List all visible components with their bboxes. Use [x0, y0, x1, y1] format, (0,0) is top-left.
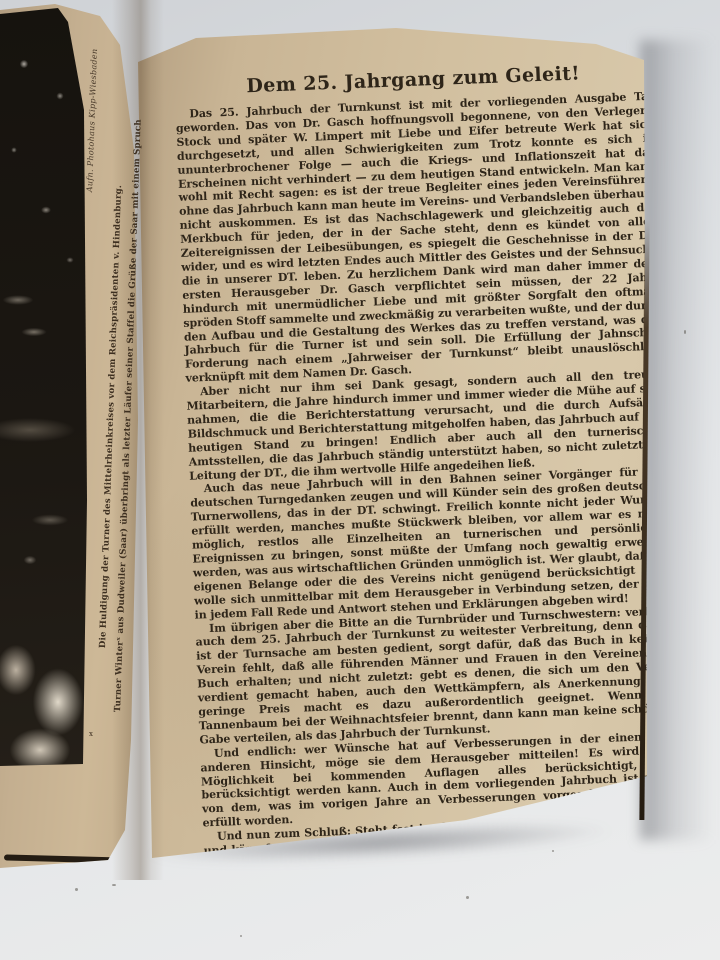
dust-speck	[240, 935, 242, 937]
body-paragraph-2: Aber nicht nur ihm sei Dank gesagt, sond…	[186, 368, 667, 484]
body-paragraph-1: Das 25. Jahrbuch der Turnkunst ist mit d…	[175, 90, 663, 386]
dust-speck	[75, 888, 78, 891]
right-book-page: Dem 25. Jahrgang zum Geleit! Das 25. Jah…	[136, 20, 654, 864]
left-page-edge	[4, 854, 124, 863]
body-paragraph-5: Und endlich: wer Wünsche hat auf Verbess…	[200, 729, 681, 831]
footnote-marker: x	[89, 730, 93, 738]
body-paragraph-4: Im übrigen aber die Bitte an die Turnbrü…	[195, 604, 677, 747]
book-photograph: Dem 25. Jahrgang zum Geleit! Das 25. Jah…	[0, 0, 720, 960]
body-paragraph-3: Auch das neue Jahrbuch will in den Bahne…	[190, 465, 673, 622]
dust-speck	[466, 896, 469, 899]
page-text-block: Dem 25. Jahrgang zum Geleit! Das 25. Jah…	[174, 60, 683, 903]
hindenburg-tribute-photo	[0, 0, 90, 770]
book-shadow-right	[640, 40, 720, 840]
dust-speck	[112, 884, 116, 886]
dust-speck	[684, 330, 686, 334]
dust-speck	[552, 850, 554, 852]
